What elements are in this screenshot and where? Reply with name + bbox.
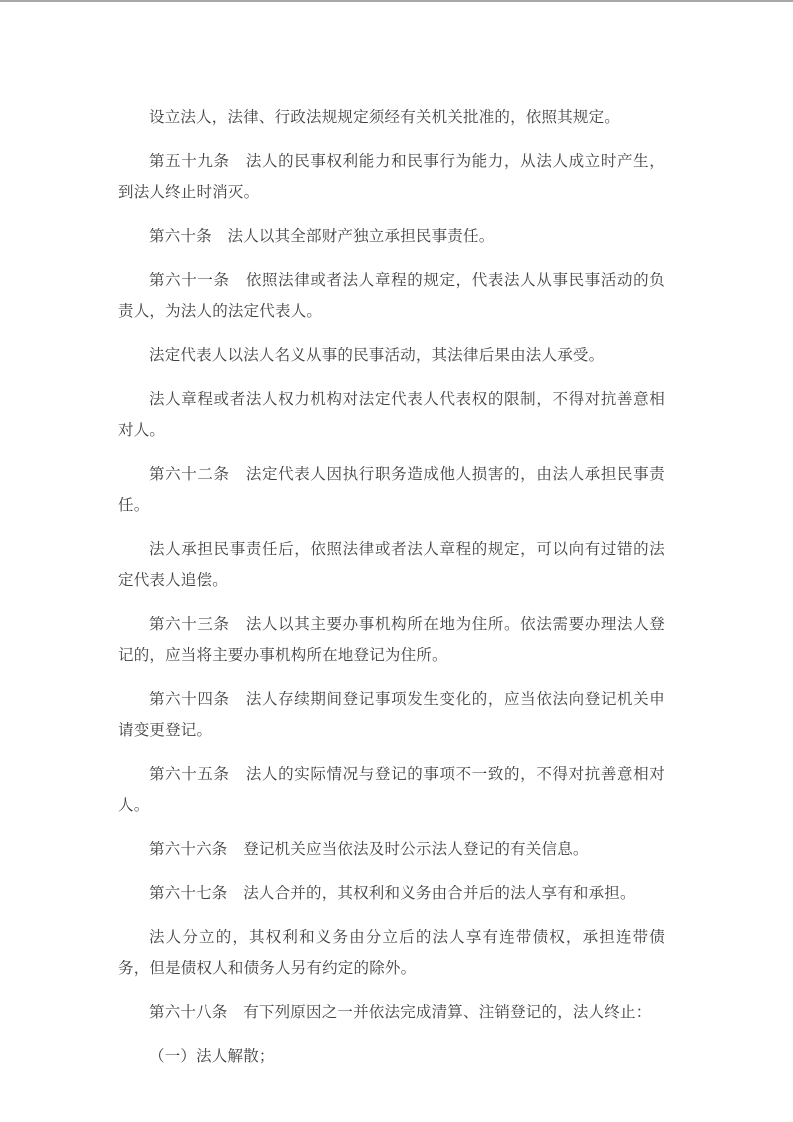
paragraph: 第六十八条 有下列原因之一并依法完成清算、注销登记的，法人终止：: [118, 997, 665, 1028]
paragraph: 第六十一条 依照法律或者法人章程的规定，代表法人从事民事活动的负责人，为法人的法…: [118, 265, 665, 327]
paragraph: 法人章程或者法人权力机构对法定代表人代表权的限制，不得对抗善意相对人。: [118, 384, 665, 446]
paragraph: 第五十九条 法人的民事权利能力和民事行为能力，从法人成立时产生，到法人终止时消灭…: [118, 146, 665, 208]
paragraph: （一）法人解散；: [118, 1041, 665, 1072]
paragraph: 第六十二条 法定代表人因执行职务造成他人损害的，由法人承担民事责任。: [118, 459, 665, 521]
paragraph: 第六十五条 法人的实际情况与登记的事项不一致的，不得对抗善意相对人。: [118, 759, 665, 821]
paragraph: 设立法人，法律、行政法规规定须经有关机关批准的，依照其规定。: [118, 102, 665, 133]
paragraph: 法定代表人以法人名义从事的民事活动，其法律后果由法人承受。: [118, 340, 665, 371]
paragraph: 法人分立的，其权利和义务由分立后的法人享有连带债权，承担连带债务，但是债权人和债…: [118, 922, 665, 984]
paragraph: 第六十七条 法人合并的，其权利和义务由合并后的法人享有和承担。: [118, 878, 665, 909]
document-body: 设立法人，法律、行政法规规定须经有关机关批准的，依照其规定。第五十九条 法人的民…: [118, 102, 665, 1085]
document-page: 设立法人，法律、行政法规规定须经有关机关批准的，依照其规定。第五十九条 法人的民…: [0, 0, 793, 1122]
paragraph: 第六十条 法人以其全部财产独立承担民事责任。: [118, 221, 665, 252]
paragraph: 法人承担民事责任后，依照法律或者法人章程的规定，可以向有过错的法定代表人追偿。: [118, 534, 665, 596]
paragraph: 第六十六条 登记机关应当依法及时公示法人登记的有关信息。: [118, 834, 665, 865]
paragraph: 第六十三条 法人以其主要办事机构所在地为住所。依法需要办理法人登记的，应当将主要…: [118, 609, 665, 671]
paragraph: 第六十四条 法人存续期间登记事项发生变化的，应当依法向登记机关申请变更登记。: [118, 684, 665, 746]
